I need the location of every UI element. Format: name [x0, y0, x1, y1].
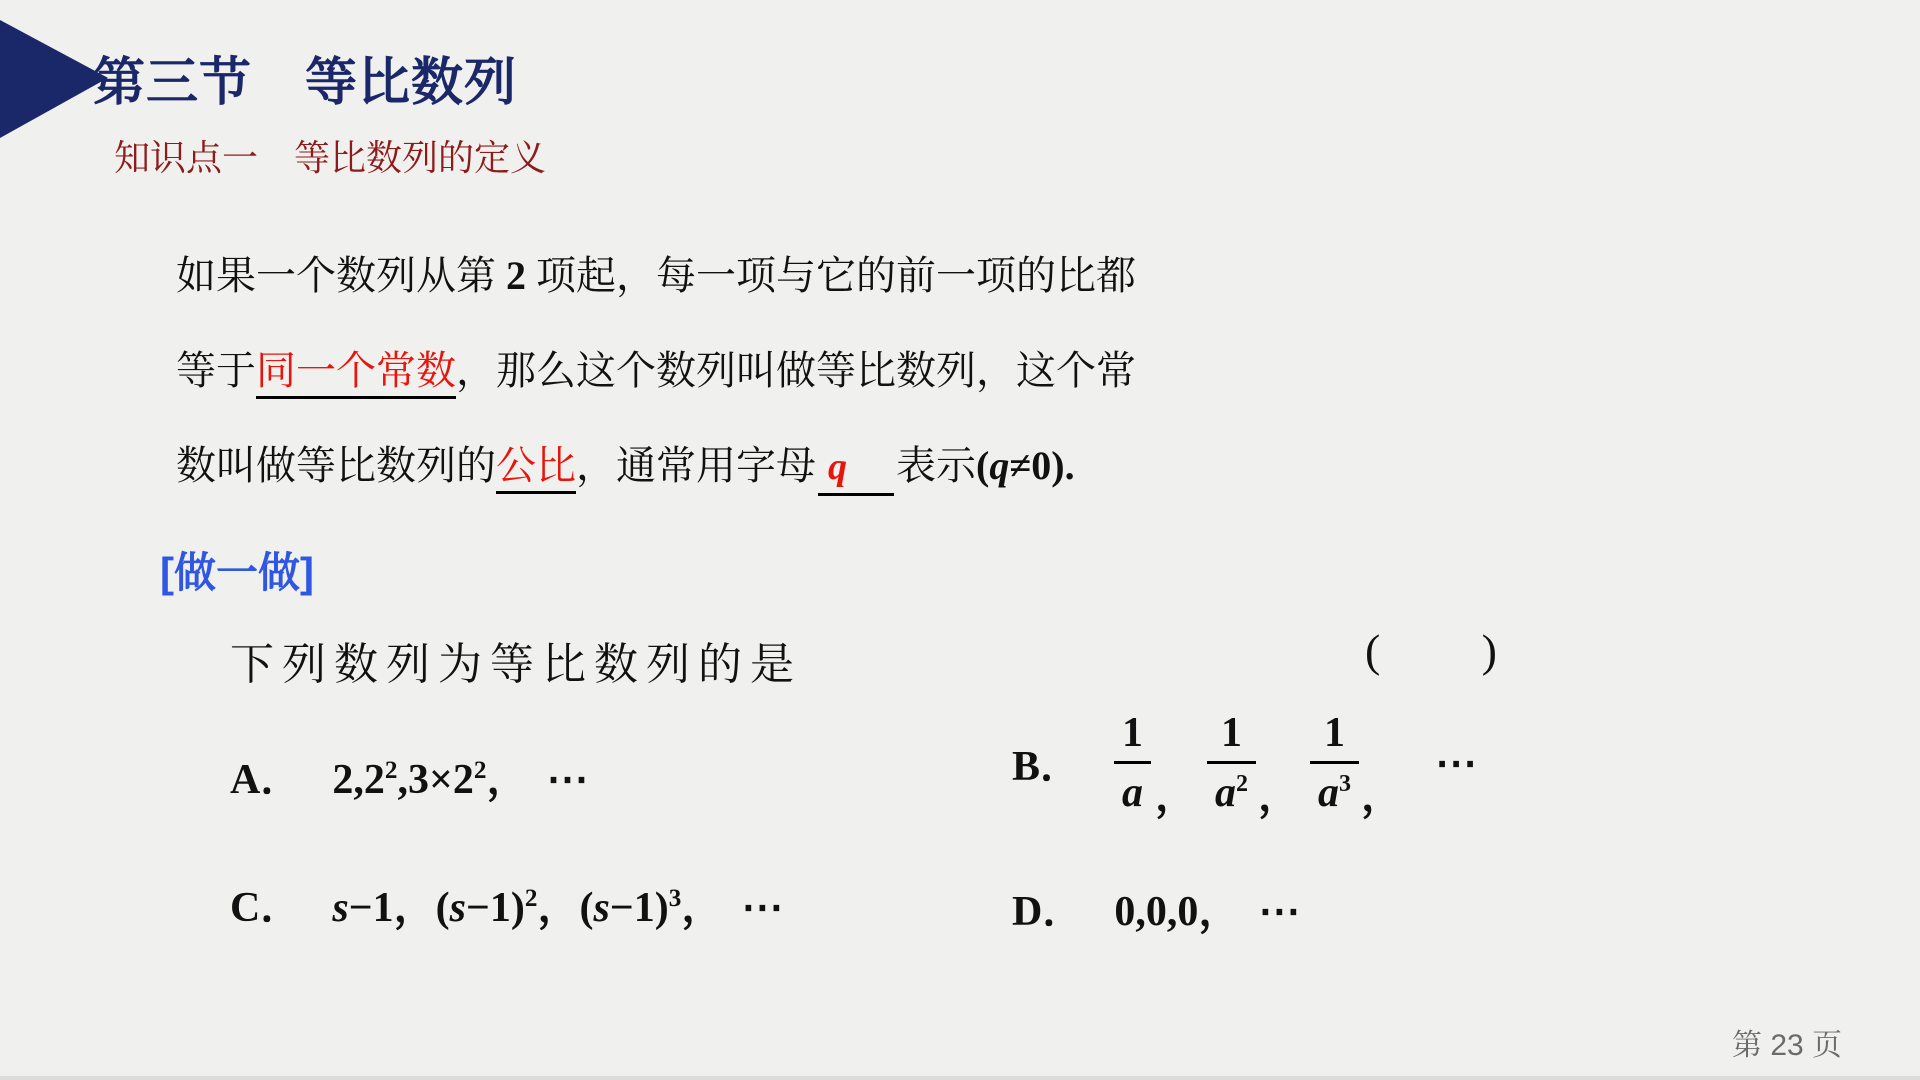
- red-underlined-term: 公比: [496, 443, 576, 494]
- paren-close: ).: [1051, 443, 1074, 488]
- variable-q: q: [989, 443, 1009, 488]
- bold-number: 2: [506, 253, 526, 298]
- option-b: B． 1a ， 1a2 ， 1a3 ， ⋯: [1012, 712, 1479, 814]
- bottom-edge-divider: [0, 1076, 1920, 1080]
- option-a: A．2,22,3×22，⋯: [230, 746, 590, 806]
- variable-s: s: [450, 885, 466, 931]
- superscript: 3: [669, 885, 682, 912]
- arrow-triangle-icon: [0, 20, 108, 138]
- comma: ，: [1361, 763, 1403, 823]
- math-text: ，(: [538, 885, 594, 931]
- answer-q: q: [818, 446, 847, 488]
- variable-a: a: [1318, 770, 1339, 816]
- question-text: 下列数列为等比数列的是: [230, 628, 802, 692]
- page-title: 第三节 等比数列: [93, 40, 517, 115]
- superscript: 2: [525, 885, 538, 912]
- paren-open: (: [976, 443, 989, 488]
- fraction: 1a: [1112, 712, 1153, 814]
- not-equal-sign: ≠: [1009, 443, 1031, 488]
- numerator: 1: [1112, 712, 1153, 761]
- option-b-label: B．: [1012, 733, 1082, 793]
- definition-text: 数叫做等比数列的: [176, 443, 496, 488]
- slide: 第三节 等比数列 知识点一 等比数列的定义 如果一个数列从第2项起，每一项与它的…: [0, 0, 1920, 1080]
- math-text: ,3×2: [397, 757, 473, 803]
- do-it-tag: [做一做]: [160, 540, 314, 600]
- variable-a: a: [1215, 770, 1236, 816]
- denominator: a2: [1207, 761, 1256, 814]
- definition-text: ，通常用字母: [576, 443, 816, 488]
- definition-text: 表示: [896, 443, 976, 488]
- ellipsis: ⋯: [546, 757, 590, 803]
- zero: 0: [1031, 443, 1051, 488]
- fraction: 1a3: [1310, 712, 1359, 814]
- definition-text: 项起，每一项与它的前一项的比都: [536, 253, 1136, 298]
- superscript: 2: [1236, 771, 1248, 797]
- definition-line-2: 等于同一个常数，那么这个数列叫做等比数列，这个常: [176, 345, 1136, 397]
- ellipsis: ⋯: [741, 885, 785, 931]
- superscript: 2: [385, 757, 398, 784]
- red-underlined-term: 同一个常数: [256, 348, 456, 399]
- numerator: 1: [1314, 712, 1355, 761]
- math-text: 2,2: [332, 757, 385, 803]
- denominator: a3: [1310, 761, 1359, 814]
- ellipsis: ⋯: [1435, 738, 1479, 788]
- math-text: −1，(: [349, 885, 450, 931]
- variable-s: s: [332, 885, 348, 931]
- comma: ，: [1155, 763, 1197, 823]
- comma: ，: [1258, 763, 1300, 823]
- variable-s: s: [594, 885, 610, 931]
- definition-text: 如果一个数列从第: [176, 253, 496, 298]
- definition-text: ，那么这个数列叫做等比数列，这个常: [456, 348, 1136, 393]
- math-text: ，: [681, 885, 723, 931]
- math-text: −1): [610, 885, 669, 931]
- knowledge-point-heading: 知识点一 等比数列的定义: [114, 130, 546, 181]
- math-expression: (q≠0).: [976, 443, 1075, 488]
- option-c: C．s−1，(s−1)2，(s−1)3，⋯: [230, 874, 785, 934]
- bracket-open: (: [1365, 624, 1380, 677]
- bracket-close: ): [1482, 624, 1497, 677]
- math-text: 0,0,0，: [1114, 889, 1240, 935]
- page-number: 第 23 页: [1732, 1020, 1842, 1064]
- answer-blank: q: [818, 440, 894, 496]
- superscript: 3: [1339, 771, 1351, 797]
- option-d-label: D．: [1012, 889, 1084, 935]
- superscript: 2: [474, 757, 487, 784]
- math-text: ，: [486, 757, 528, 803]
- math-text: −1): [466, 885, 525, 931]
- definition-text: 等于: [176, 348, 256, 393]
- ellipsis: ⋯: [1258, 889, 1302, 935]
- option-d: D．0,0,0，⋯: [1012, 878, 1302, 938]
- definition-line-1: 如果一个数列从第2项起，每一项与它的前一项的比都: [176, 250, 1136, 302]
- fraction: 1a2: [1207, 712, 1256, 814]
- option-c-label: C．: [230, 885, 302, 931]
- definition-line-3: 数叫做等比数列的公比，通常用字母q表示(q≠0).: [176, 440, 1075, 496]
- option-a-label: A．: [230, 757, 302, 803]
- answer-brackets: ( ): [1365, 624, 1497, 677]
- numerator: 1: [1211, 712, 1252, 761]
- denominator: a: [1114, 761, 1151, 814]
